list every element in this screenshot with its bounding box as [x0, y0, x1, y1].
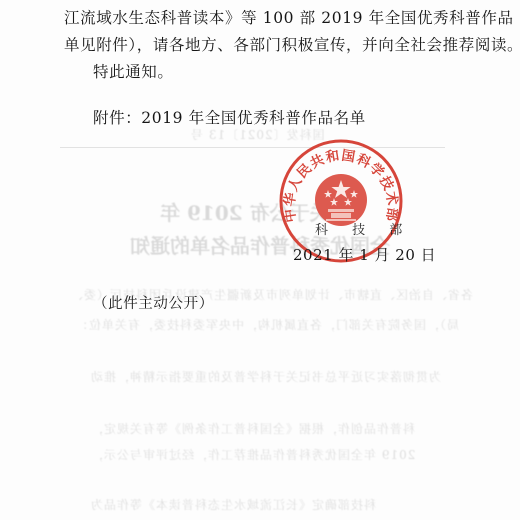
- bleed-through-body-line: 2019 年全国优秀科普作品推荐工作，经过评审与公示，: [90, 446, 415, 463]
- closing-line: 特此通知。: [93, 60, 174, 82]
- bleed-through-body-line: 科技部确定《长江流域水生态科普读本》等作品为: [90, 496, 376, 513]
- bleed-through-body-line: 局），国务院有关部门，各直属机构，中央军委科技委，有关单位：: [75, 316, 459, 333]
- bleed-through-body-line: 科普作品创作，根据《全国科普工作条例》等有关规定，: [90, 420, 415, 437]
- issuer-name: 科 技 部: [315, 219, 412, 238]
- document-page: 国科发〔2021〕13 号 关于公布 2019 年 全国优秀科普作品名单的通知 …: [0, 0, 520, 520]
- bleed-through-body-line: 为贯彻落实习近平总书记关于科学普及的重要指示精神，推动: [90, 368, 441, 385]
- issue-date: 2021 年 1 月 20 日: [293, 244, 436, 265]
- disclosure-note: （此件主动公开）: [93, 292, 214, 313]
- body-line-2: 单见附件），请各地方、各部门积极宣传，并向全社会推荐阅读。: [64, 33, 520, 55]
- body-line-1: 江流域水生态科普读本》等 100 部 2019 年全国优秀科普作品（名: [64, 6, 520, 28]
- attachment-line: 附件：2019 年全国优秀科普作品名单: [93, 106, 366, 128]
